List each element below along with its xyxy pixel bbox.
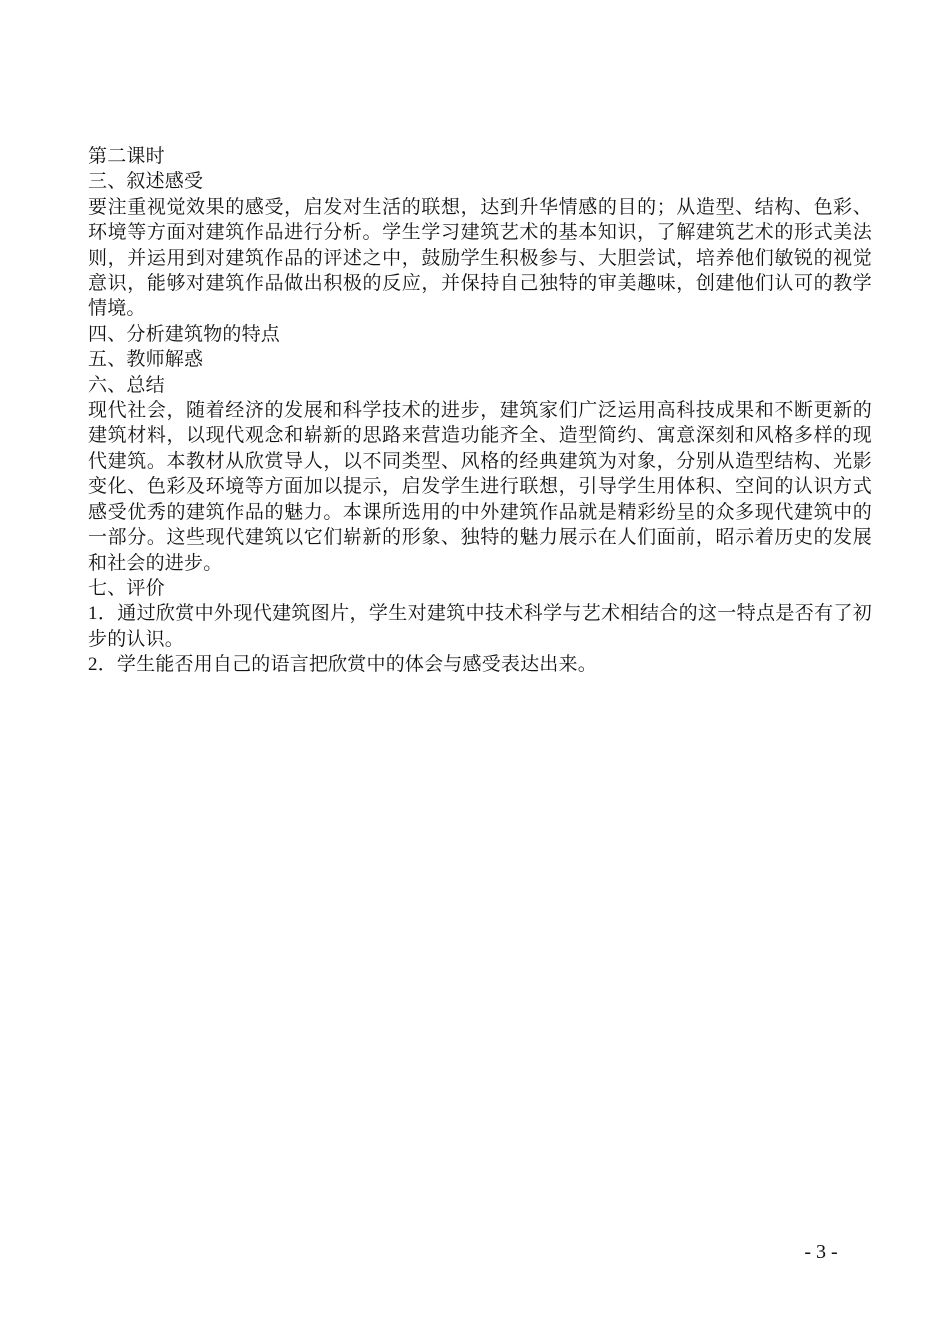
heading-section-3-narrate-feelings: 三、叙述感受	[88, 169, 872, 194]
heading-lesson-period-2: 第二课时	[88, 144, 872, 169]
page-number: - 3 -	[770, 1240, 872, 1264]
document-page: 第二课时 三、叙述感受 要注重视觉效果的感受，启发对生活的联想，达到升华情感的目…	[0, 0, 950, 1344]
heading-section-6-summary: 六、总结	[88, 373, 872, 398]
list-item-evaluation-1: 1．通过欣赏中外现代建筑图片，学生对建筑中技术科学与艺术相结合的这一特点是否有了…	[88, 601, 872, 652]
heading-section-5-teacher-answers: 五、教师解惑	[88, 347, 872, 372]
document-body: 第二课时 三、叙述感受 要注重视觉效果的感受，启发对生活的联想，达到升华情感的目…	[88, 144, 872, 678]
list-item-evaluation-2: 2．学生能否用自己的语言把欣赏中的体会与感受表达出来。	[88, 652, 872, 677]
paragraph-section-6-body: 现代社会，随着经济的发展和科学技术的进步，建筑家们广泛运用高科技成果和不断更新的…	[88, 398, 872, 576]
heading-section-7-evaluation: 七、评价	[88, 576, 872, 601]
heading-section-4-analyze-building-features: 四、分析建筑物的特点	[88, 322, 872, 347]
paragraph-section-3-body: 要注重视觉效果的感受，启发对生活的联想，达到升华情感的目的；从造型、结构、色彩、…	[88, 195, 872, 322]
